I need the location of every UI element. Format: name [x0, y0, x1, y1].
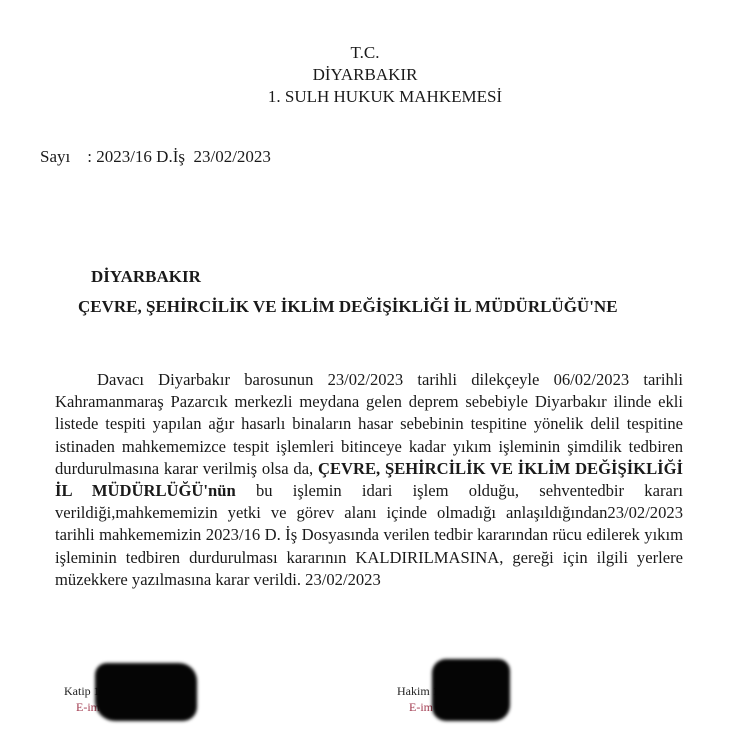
reference-value: : 2023/16 D.İş 23/02/2023	[87, 147, 271, 166]
redaction-mark-clerk	[95, 663, 197, 721]
reference-number: Sayı : 2023/16 D.İş 23/02/2023	[40, 147, 271, 167]
header-court-name: 1. SULH HUKUK MAHKEMESİ	[0, 86, 730, 108]
recipient-office: ÇEVRE, ŞEHİRCİLİK VE İKLİM DEĞİŞİKLİĞİ İ…	[78, 292, 618, 322]
redaction-mark-judge	[432, 659, 510, 721]
recipient-block: DİYARBAKIR ÇEVRE, ŞEHİRCİLİK VE İKLİM DE…	[91, 262, 618, 322]
court-header: T.C. DİYARBAKIR 1. SULH HUKUK MAHKEMESİ	[0, 42, 730, 108]
reference-label: Sayı	[40, 147, 70, 166]
header-tc: T.C.	[0, 42, 730, 64]
header-city: DİYARBAKIR	[0, 64, 730, 86]
recipient-city: DİYARBAKIR	[91, 262, 618, 292]
decision-body: Davacı Diyarbakır barosunun 23/02/2023 t…	[55, 369, 683, 591]
